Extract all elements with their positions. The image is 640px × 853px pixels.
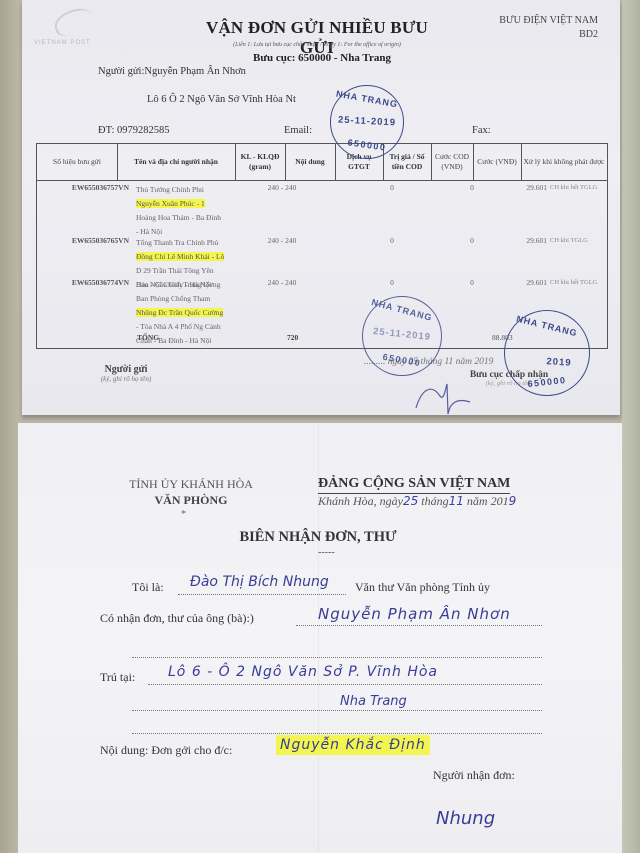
weight: 240 - 240	[247, 183, 317, 192]
waybill-sheet: VIETNAM POST VẬN ĐƠN GỬI NHIỀU BƯU GỬI (…	[22, 0, 620, 415]
stamp-code: 650000	[505, 373, 590, 392]
recipient-highlight: Đồng Chí Lê Minh Khái - Lô	[136, 252, 224, 261]
dotted-line	[132, 733, 542, 734]
year-digit-handwritten: 9	[509, 494, 517, 508]
receipt-sheet: TỈNH ỦY KHÁNH HÒA VĂN PHÒNG * ĐẢNG CỘNG …	[18, 423, 622, 853]
form-code: BD2	[499, 28, 598, 42]
recipient-line: D 29 Trần Thái Tông Yên	[136, 264, 251, 278]
recipient-line: Thủ Tướng Chính Phủ	[136, 183, 251, 197]
org-unit: VĂN PHÒNG	[96, 493, 286, 508]
i-am-label: Tôi là:	[132, 580, 164, 595]
fee: 29.601	[497, 236, 547, 245]
email-label: Email:	[284, 125, 312, 136]
content-value-highlight: Nguyễn Khắc Định	[276, 735, 430, 755]
i-am-value: Đào Thị Bích Nhung	[190, 574, 329, 590]
dotted-line	[296, 625, 542, 626]
col-weight: KL - KLQĐ (gram)	[235, 144, 286, 180]
cod-value: 0	[367, 278, 417, 287]
month-label: tháng	[421, 494, 448, 508]
total-weight: 720	[287, 333, 298, 342]
logo-text: VIETNAM POST	[34, 40, 91, 46]
day-handwritten: 25	[403, 494, 418, 508]
org-name: TỈNH ỦY KHÁNH HÒA	[96, 477, 286, 492]
cod-value: 0	[367, 236, 417, 245]
recipient-highlight: Nhũng Đc Trần Quốc Cường	[136, 308, 223, 317]
handling: CH khi hết TGLG	[550, 278, 610, 288]
fee: 29.601	[497, 183, 547, 192]
org-star: *	[181, 509, 186, 520]
i-am-role: Văn thư Văn phòng Tỉnh ủy	[355, 580, 490, 595]
col-fee: Cước (VNĐ)	[473, 144, 522, 180]
content-label: Nội dung: Đơn gởi cho đ/c:	[100, 743, 232, 758]
total-label: TỔNG	[137, 333, 159, 342]
sender-signature-block: Người gửi (ký, ghi rõ họ tên)	[86, 364, 166, 383]
stamp-date: 25-11-2019	[331, 114, 403, 129]
office-signature-scribble	[414, 382, 474, 416]
post-office: Bưu cục: 650000 - Nha Trang	[222, 52, 422, 64]
cod-value: 0	[367, 183, 417, 192]
postmark-stamp: NHA TRANG 25-11-2019 650000	[362, 296, 442, 376]
sender-sign-label: Người gửi	[86, 364, 166, 375]
recipient: Thủ Tướng Chính Phủ Nguyễn Xuân Phúc - 1…	[136, 183, 251, 239]
col-code: Số hiệu bưu gửi	[37, 144, 118, 180]
month-handwritten: 11	[449, 494, 464, 508]
dotted-line	[132, 710, 542, 711]
col-content: Nội dung	[285, 144, 336, 180]
place-prefix: Khánh Hòa, ngày	[318, 494, 403, 508]
dotted-line	[132, 657, 542, 658]
weight: 240 - 240	[247, 236, 317, 245]
recipient-line: Hoàng Hoa Thám - Ba Đình	[136, 211, 251, 225]
recipient-line: Ban Nội Chính Trung Ương	[136, 278, 251, 292]
item-code: EW655036765VN	[39, 236, 129, 245]
recipient-highlight: Nguyễn Xuân Phúc - 1	[136, 199, 205, 208]
brand-block: BƯU ĐIỆN VIỆT NAM BD2	[499, 14, 598, 42]
fee: 29.601	[497, 278, 547, 287]
fax-label: Fax:	[472, 125, 491, 136]
recipient-line: Tổng Thanh Tra Chính Phủ	[136, 236, 251, 250]
cod-fee: 0	[462, 236, 482, 245]
cod-fee: 0	[462, 278, 482, 287]
col-cod-fee: Cước COD (VNĐ)	[431, 144, 474, 180]
sender-phone: ĐT: 0979282585	[98, 125, 170, 136]
receipt-title: BIÊN NHẬN ĐƠN, THƯ	[78, 529, 558, 546]
place-date: Khánh Hòa, ngày25 tháng11 năm 2019	[318, 494, 516, 509]
receiver-signature: Nhung	[436, 808, 495, 829]
table-header: Số hiệu bưu gửi Tên và địa chỉ người nhậ…	[37, 143, 607, 181]
stamp-code: 650000	[363, 348, 442, 371]
stamp-date: 25-11-2019	[363, 325, 442, 344]
recipient-line: - Tòa Nhà A 4 Phố Ng Cảnh	[136, 320, 251, 334]
sender-name: Người gửi:Nguyễn Phạm Ân Nhơn	[98, 66, 246, 77]
recipient-line: Ban Phòng Chống Tham	[136, 292, 251, 306]
postmark-stamp: NHA TRANG 25-11-2019 650000	[330, 85, 404, 159]
title-divider: -----	[318, 547, 335, 558]
item-code: EW655036774VN	[39, 278, 129, 287]
address-value-line2: Nha Trang	[340, 694, 407, 709]
item-code: EW655036757VN	[39, 183, 129, 192]
cod-fee: 0	[462, 183, 482, 192]
postmark-stamp: NHA TRANG 2019 650000	[504, 310, 590, 396]
logo-mark-icon	[51, 4, 97, 40]
waybill-subtitle: (Liên 1: Lưu tại bưu cục chấp nhận / Cop…	[182, 42, 452, 48]
stamp-city: NHA TRANG	[331, 88, 404, 110]
weight: 240 - 240	[247, 278, 317, 287]
table-surface-right	[622, 0, 640, 853]
received-from-value: Nguyễn Phạm Ân Nhơn	[318, 605, 511, 623]
col-handling: Xử lý khi không phát được	[521, 144, 607, 180]
sender-sign-hint: (ký, ghi rõ họ tên)	[86, 375, 166, 383]
brand-name: BƯU ĐIỆN VIỆT NAM	[499, 14, 598, 28]
receiver-label: Người nhận đơn:	[433, 768, 515, 783]
content-value: Nguyễn Khắc Định	[276, 737, 430, 753]
sender-address: Lô 6 Ô 2 Ngô Văn Sở Vĩnh Hòa Nt	[147, 94, 296, 105]
address-value-line1: Lô 6 - Ô 2 Ngô Văn Sở P. Vĩnh Hòa	[168, 664, 438, 680]
handling: CH khi TGLG	[550, 236, 610, 246]
handling: CH khi hết TGLG	[550, 183, 610, 193]
vietnam-post-logo: VIETNAM POST	[34, 10, 114, 42]
received-from-label: Có nhận đơn, thư của ông (bà):)	[100, 611, 254, 626]
dotted-line	[178, 594, 346, 595]
year-label: năm 201	[467, 494, 509, 508]
dotted-line	[148, 684, 542, 685]
stamp-date: 2019	[517, 354, 602, 371]
col-recipient: Tên và địa chỉ người nhận	[117, 144, 236, 180]
address-label: Trú tại:	[100, 670, 135, 685]
party-name: ĐẢNG CỘNG SẢN VIỆT NAM	[318, 476, 510, 494]
